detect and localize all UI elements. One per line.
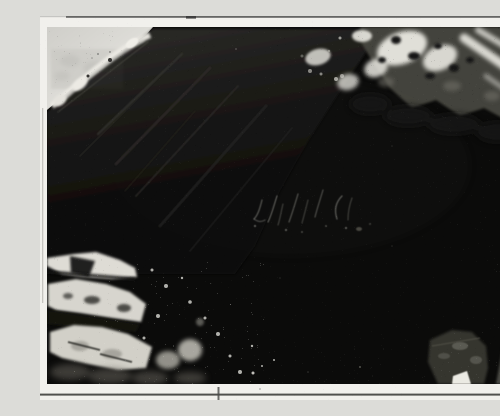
- photo-scan-svg: [40, 16, 500, 400]
- film-grain: [47, 27, 500, 384]
- photograph: [40, 16, 500, 400]
